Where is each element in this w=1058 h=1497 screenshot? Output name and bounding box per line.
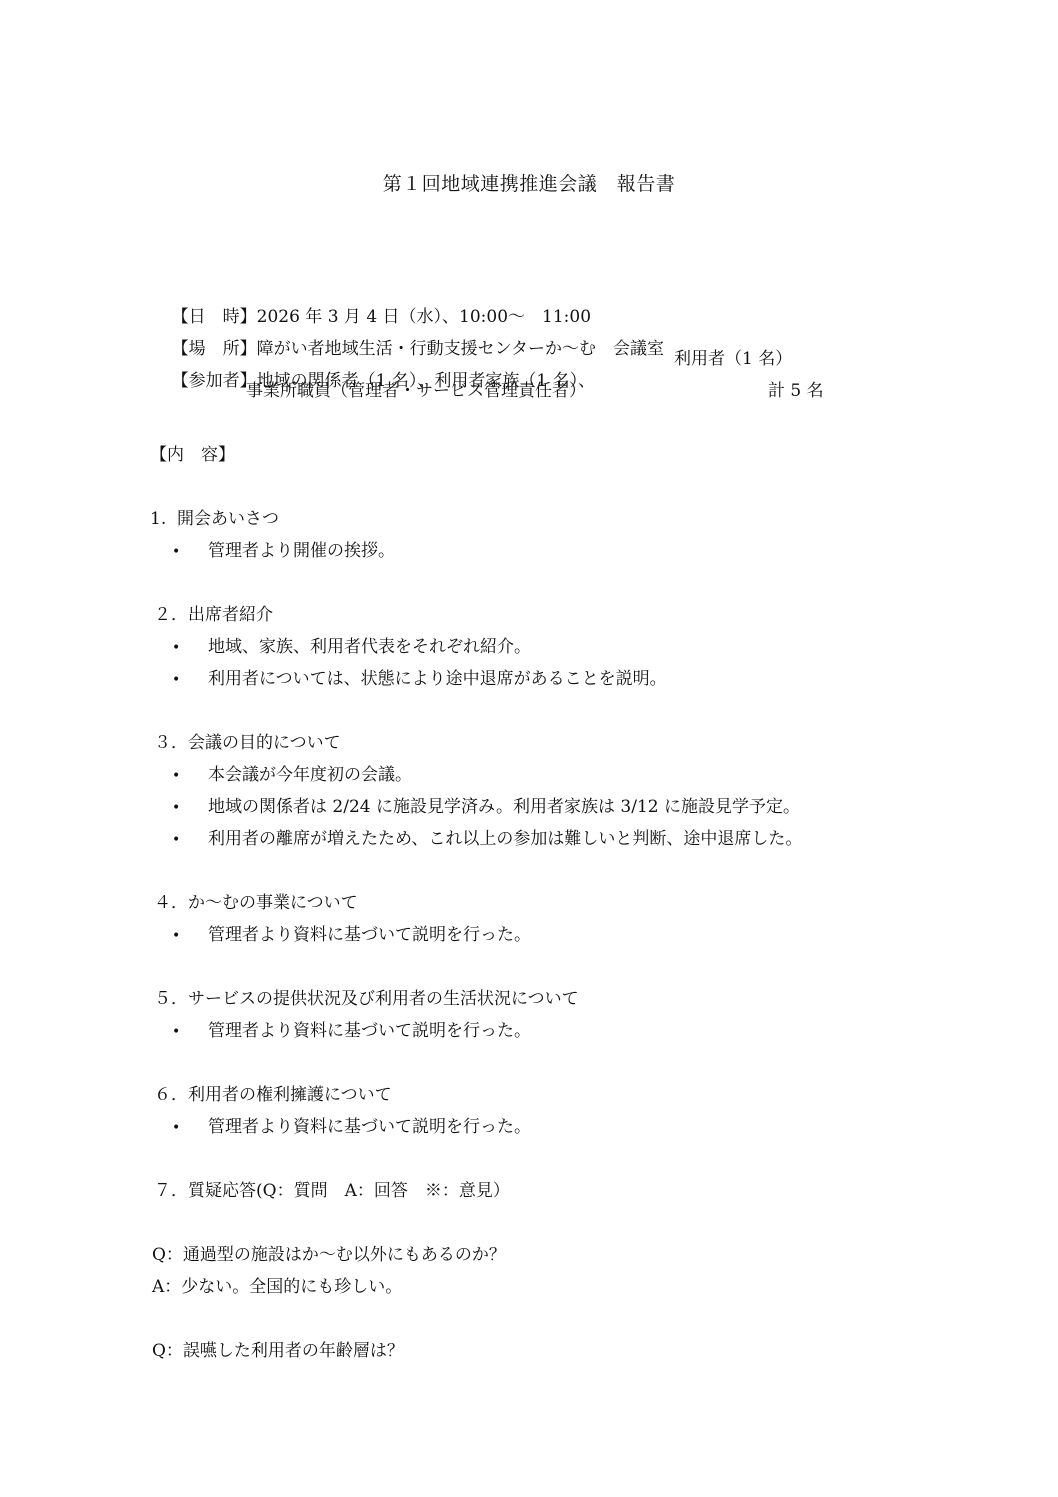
section-heading: ７．質疑応答(Q：質問 A：回答 ※：意見） xyxy=(154,1180,510,1202)
bullet-item: 管理者より資料に基づいて説明を行った。 xyxy=(208,1020,531,1042)
participants-line2-b: 計 5 名 xyxy=(768,380,824,402)
qa-answer: A：少ない。全国的にも珍しい。 xyxy=(152,1276,402,1298)
bullet-item: 管理者より開催の挨拶。 xyxy=(208,540,395,562)
bullet-icon: • xyxy=(172,669,180,691)
participants-line2-a: 事業所職員（管理者・サービス管理責任者） xyxy=(246,380,586,402)
bullet-icon: • xyxy=(172,541,180,563)
section-heading: ４．か～むの事業について xyxy=(154,892,358,914)
section-heading: ６．利用者の権利擁護について xyxy=(154,1084,392,1106)
bullet-icon: • xyxy=(172,765,180,787)
bullet-item: 管理者より資料に基づいて説明を行った。 xyxy=(208,924,531,946)
bullet-icon: • xyxy=(172,829,180,851)
bullet-item: 本会議が今年度初の会議。 xyxy=(208,764,412,786)
bullet-icon: • xyxy=(172,1117,180,1139)
participants-label: 【参加者】 xyxy=(172,370,257,392)
document-title: 第１回地域連携推進会議 報告書 xyxy=(0,173,1058,195)
bullet-item: 利用者の離席が増えたため、これ以上の参加は難しいと判断、途中退席した。 xyxy=(208,828,802,850)
section-heading: 1. 開会あいさつ xyxy=(150,508,279,530)
section-heading: ３．会議の目的について xyxy=(154,732,341,754)
section-heading: ５．サービスの提供状況及び利用者の生活状況について xyxy=(154,988,579,1010)
qa-question: Q：通過型の施設はか～む以外にもあるのか？ xyxy=(152,1244,506,1266)
bullet-icon: • xyxy=(172,797,180,819)
qa-question: Q：誤嚥した利用者の年齢層は？ xyxy=(152,1340,404,1362)
participants-line1-b: 利用者（1 名） xyxy=(674,348,792,370)
bullet-icon: • xyxy=(172,1021,180,1043)
bullet-item: 管理者より資料に基づいて説明を行った。 xyxy=(208,1116,531,1138)
bullet-item: 利用者については、状態により途中退席があることを説明。 xyxy=(208,668,667,690)
contents-label: 【内 容】 xyxy=(150,444,235,466)
section-heading: ２．出席者紹介 xyxy=(154,604,273,626)
bullet-item: 地域の関係者は 2/24 に施設見学済み。利用者家族は 3/12 に施設見学予定… xyxy=(208,796,800,818)
bullet-item: 地域、家族、利用者代表をそれぞれ紹介。 xyxy=(208,636,531,658)
bullet-icon: • xyxy=(172,637,180,659)
bullet-icon: • xyxy=(172,925,180,947)
